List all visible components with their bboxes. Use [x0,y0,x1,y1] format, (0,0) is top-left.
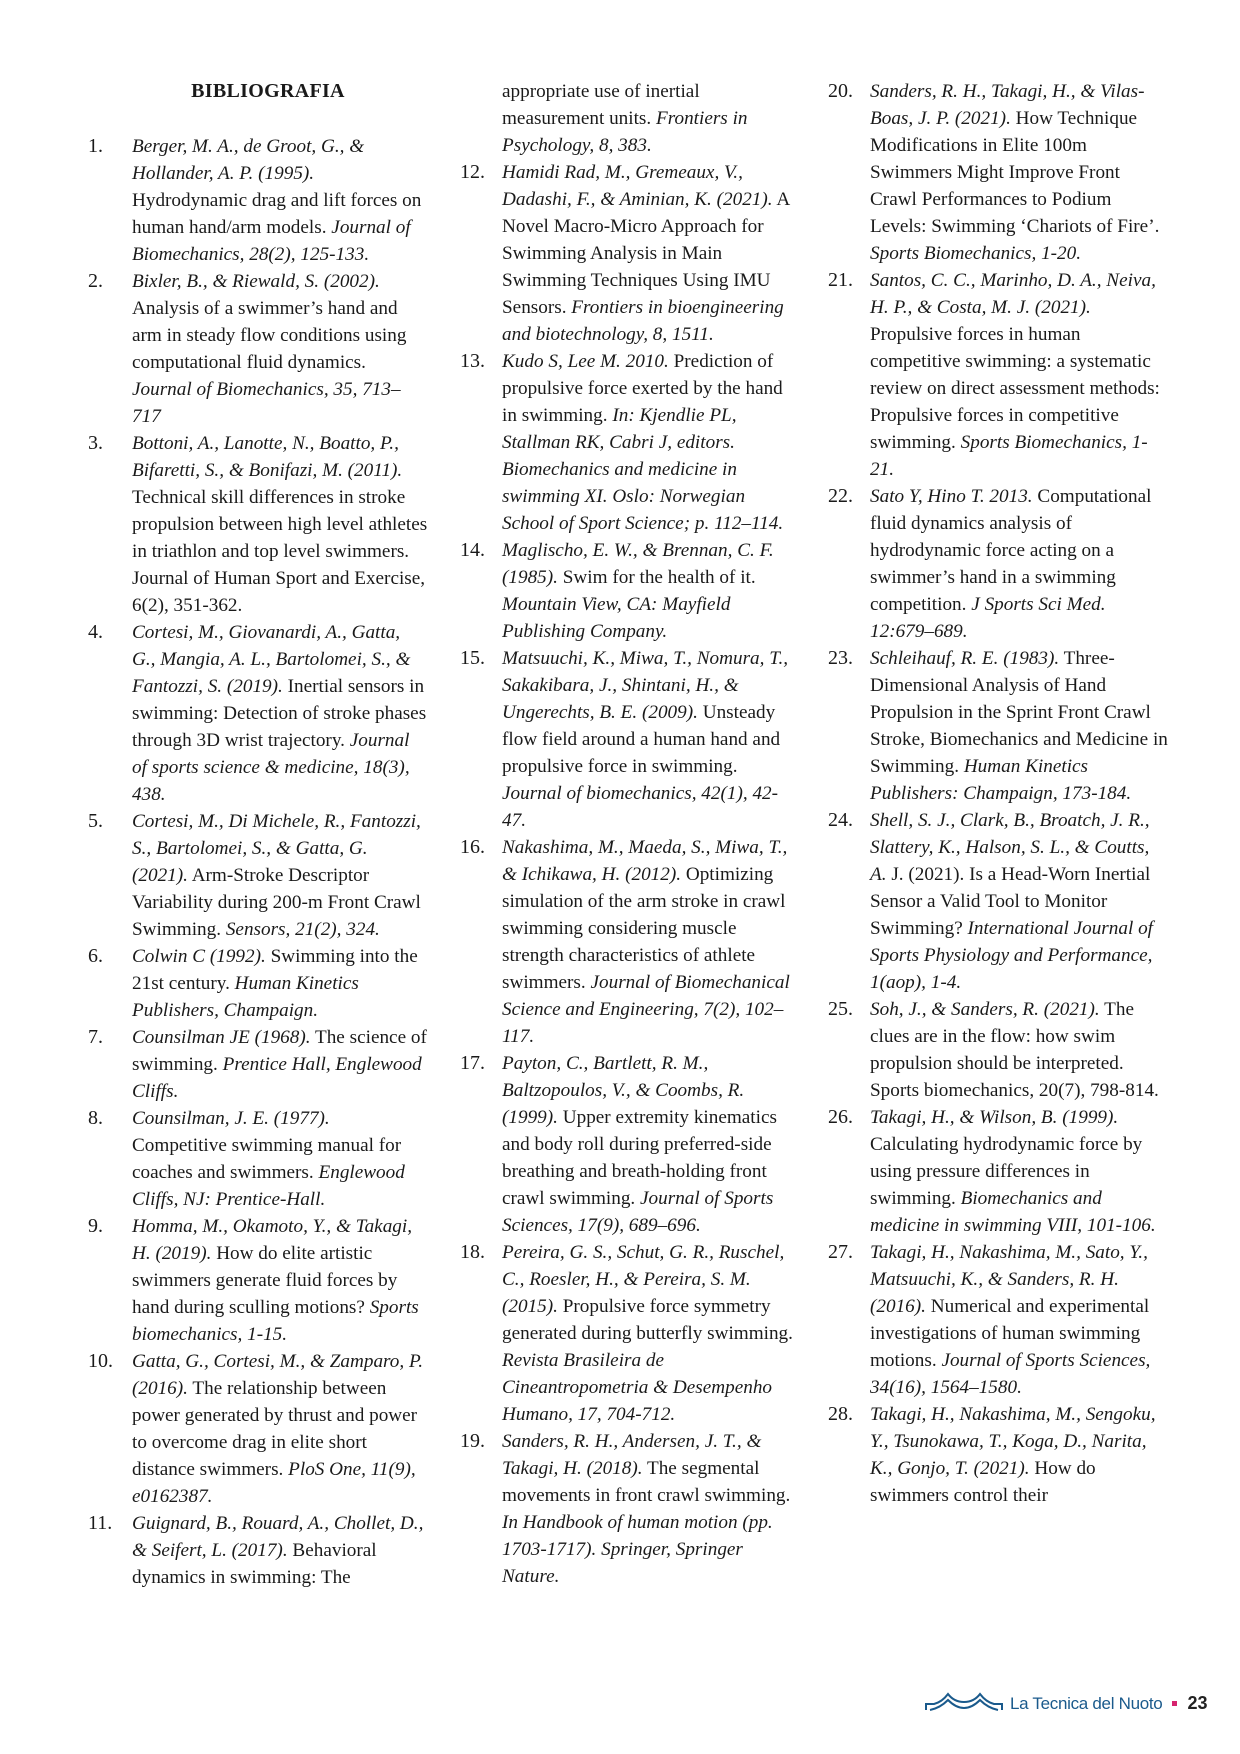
reference-item: 21.Santos, C. C., Marinho, D. A., Neiva,… [828,267,1168,483]
magazine-name: La Tecnica del Nuoto [1010,1694,1162,1714]
reference-number: 15. [460,645,500,672]
reference-item: 24.Shell, S. J., Clark, B., Broatch, J. … [828,807,1168,996]
reference-number: 7. [88,1024,128,1051]
reference-item: 10.Gatta, G., Cortesi, M., & Zamparo, P.… [88,1348,428,1510]
reference-number: 26. [828,1104,868,1131]
reference-number: 19. [460,1428,500,1455]
reference-number: 22. [828,483,868,510]
reference-item: 5.Cortesi, M., Di Michele, R., Fantozzi,… [88,808,428,943]
reference-number: 18. [460,1239,500,1266]
reference-item: 15.Matsuuchi, K., Miwa, T., Nomura, T., … [460,645,800,834]
reference-item: 14.Maglischo, E. W., & Brennan, C. F. (1… [460,537,800,645]
column-3: 20.Sanders, R. H., Takagi, H., & Vilas-B… [828,78,1168,1509]
reference-number: 25. [828,996,868,1023]
reference-number: 1. [88,133,128,160]
reference-number: 21. [828,267,868,294]
reference-number: 4. [88,619,128,646]
reference-item: 2.Bixler, B., & Riewald, S. (2002). Anal… [88,268,428,430]
reference-item: 16.Nakashima, M., Maeda, S., Miwa, T., &… [460,834,800,1050]
reference-number: 8. [88,1105,128,1132]
column-2: appropriate use of inertial measurement … [460,78,800,1590]
reference-item: 26.Takagi, H., & Wilson, B. (1999). Calc… [828,1104,1168,1239]
reference-item: 28.Takagi, H., Nakashima, M., Sengoku, Y… [828,1401,1168,1509]
reference-number: 12. [460,159,500,186]
section-heading: BIBLIOGRAFIA [88,80,428,103]
reference-list: 1.Berger, M. A., de Groot, G., & Holland… [88,133,428,1591]
reference-number: 20. [828,78,868,105]
reference-list: 12.Hamidi Rad, M., Gremeaux, V., Dadashi… [460,159,800,1590]
reference-item: 7.Counsilman JE (1968). The science of s… [88,1024,428,1105]
reference-item: 4.Cortesi, M., Giovanardi, A., Gatta, G.… [88,619,428,808]
wave-logo-icon [924,1690,1004,1717]
reference-number: 16. [460,834,500,861]
page-footer: La Tecnica del Nuoto 23 [924,1690,1208,1717]
reference-number: 6. [88,943,128,970]
reference-number: 9. [88,1213,128,1240]
reference-item: 1.Berger, M. A., de Groot, G., & Holland… [88,133,428,268]
reference-number: 17. [460,1050,500,1077]
reference-item: 8.Counsilman, J. E. (1977). Competitive … [88,1105,428,1213]
reference-item: 17.Payton, C., Bartlett, R. M., Baltzopo… [460,1050,800,1239]
separator-dot [1172,1701,1177,1706]
reference-item: 13.Kudo S, Lee M. 2010. Prediction of pr… [460,348,800,537]
reference-continuation: appropriate use of inertial measurement … [460,78,800,159]
reference-item: 12.Hamidi Rad, M., Gremeaux, V., Dadashi… [460,159,800,348]
reference-item: 22.Sato Y, Hino T. 2013. Computational f… [828,483,1168,645]
page-number: 23 [1187,1693,1207,1714]
reference-item: 6.Colwin C (1992). Swimming into the 21s… [88,943,428,1024]
reference-number: 10. [88,1348,128,1375]
reference-item: 18.Pereira, G. S., Schut, G. R., Ruschel… [460,1239,800,1428]
reference-item: 20.Sanders, R. H., Takagi, H., & Vilas-B… [828,78,1168,267]
reference-list: 20.Sanders, R. H., Takagi, H., & Vilas-B… [828,78,1168,1509]
reference-number: 5. [88,808,128,835]
reference-item: 3.Bottoni, A., Lanotte, N., Boatto, P., … [88,430,428,619]
reference-number: 23. [828,645,868,672]
reference-number: 28. [828,1401,868,1428]
reference-item: 9.Homma, M., Okamoto, Y., & Takagi, H. (… [88,1213,428,1348]
reference-number: 2. [88,268,128,295]
reference-item: 23.Schleihauf, R. E. (1983). Three-Dimen… [828,645,1168,807]
reference-item: 19.Sanders, R. H., Andersen, J. T., & Ta… [460,1428,800,1590]
reference-item: 25.Soh, J., & Sanders, R. (2021). The cl… [828,996,1168,1104]
reference-number: 13. [460,348,500,375]
reference-item: 11.Guignard, B., Rouard, A., Chollet, D.… [88,1510,428,1591]
reference-number: 27. [828,1239,868,1266]
column-1: BIBLIOGRAFIA 1.Berger, M. A., de Groot, … [88,74,428,1591]
reference-item: 27.Takagi, H., Nakashima, M., Sato, Y., … [828,1239,1168,1401]
reference-number: 11. [88,1510,128,1537]
reference-number: 14. [460,537,500,564]
reference-number: 24. [828,807,868,834]
reference-number: 3. [88,430,128,457]
